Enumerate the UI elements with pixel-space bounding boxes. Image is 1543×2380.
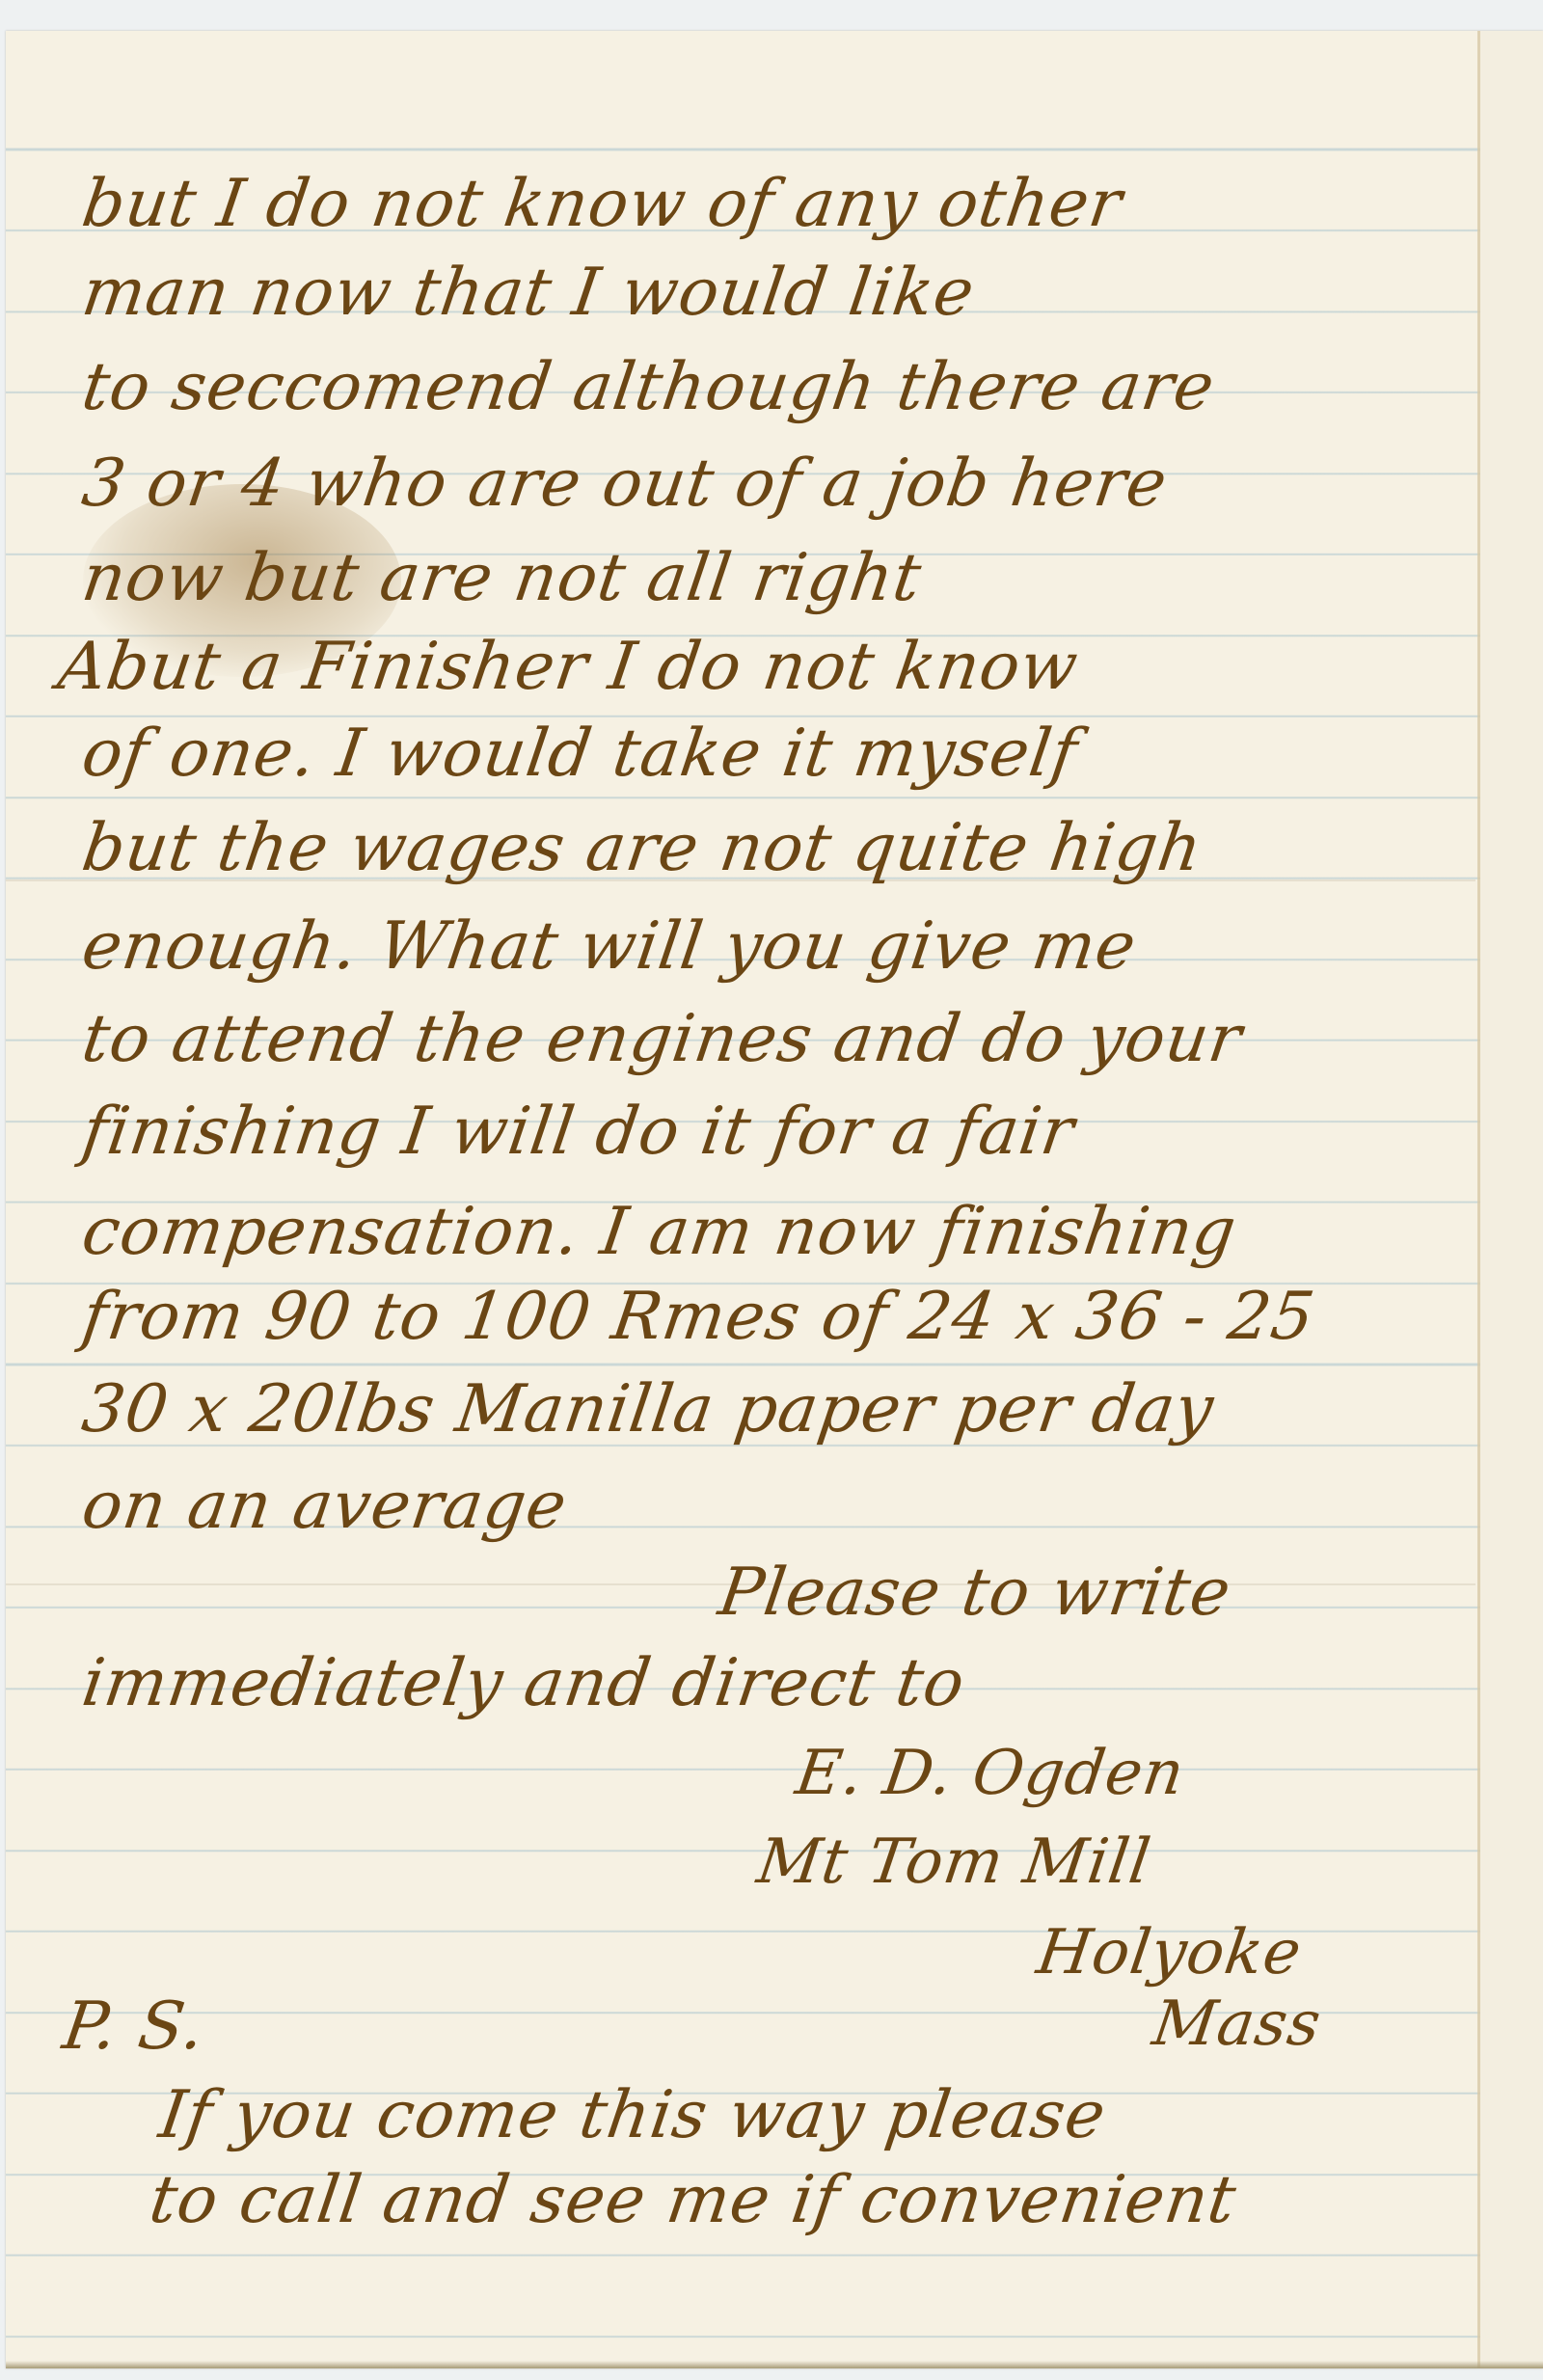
body-line: from 90 to 100 Rmes of 24 x 36 - 25 — [77, 1279, 1319, 1355]
body-line: but I do not know of any other — [77, 166, 1126, 242]
body-line: compensation. I am now finishing — [77, 1194, 1241, 1270]
page-bottom-edge — [6, 2361, 1543, 2368]
address-state: Mass — [1149, 1988, 1326, 2060]
body-line: enough. What will you give me — [77, 908, 1141, 985]
body-line: to attend the engines and do your — [77, 1001, 1246, 1077]
body-line: now but are not all right — [77, 540, 926, 616]
page-margin-strip — [1480, 31, 1543, 2368]
closing-request: Please to write — [714, 1555, 1235, 1631]
letter-page: but I do not know of any other man now t… — [6, 31, 1543, 2368]
body-line: finishing I will do it for a fair — [77, 1094, 1079, 1170]
postscript-line: If you come this way please — [154, 2077, 1110, 2153]
body-line: of one. I would take it myself — [77, 716, 1082, 792]
body-line: 3 or 4 who are out of a job here — [77, 446, 1172, 522]
signature-name: E. D. Ogden — [792, 1738, 1189, 1809]
body-line: 30 x 20lbs Manilla paper per day — [77, 1371, 1218, 1447]
body-line: but the wages are not quite high — [77, 810, 1206, 886]
body-line: on an average — [77, 1468, 571, 1544]
postscript-line: to call and see me if convenient — [145, 2162, 1240, 2238]
postscript-label: P. S. — [58, 1988, 209, 2065]
body-line: to seccomend although there are — [77, 349, 1219, 425]
address-city: Holyoke — [1033, 1917, 1307, 1988]
body-line: Abut a Finisher I do not know — [53, 629, 1083, 705]
closing-request-continued: immediately and direct to — [77, 1645, 969, 1721]
body-line: man now that I would like — [77, 255, 979, 331]
address-mill: Mt Tom Mill — [753, 1826, 1155, 1898]
